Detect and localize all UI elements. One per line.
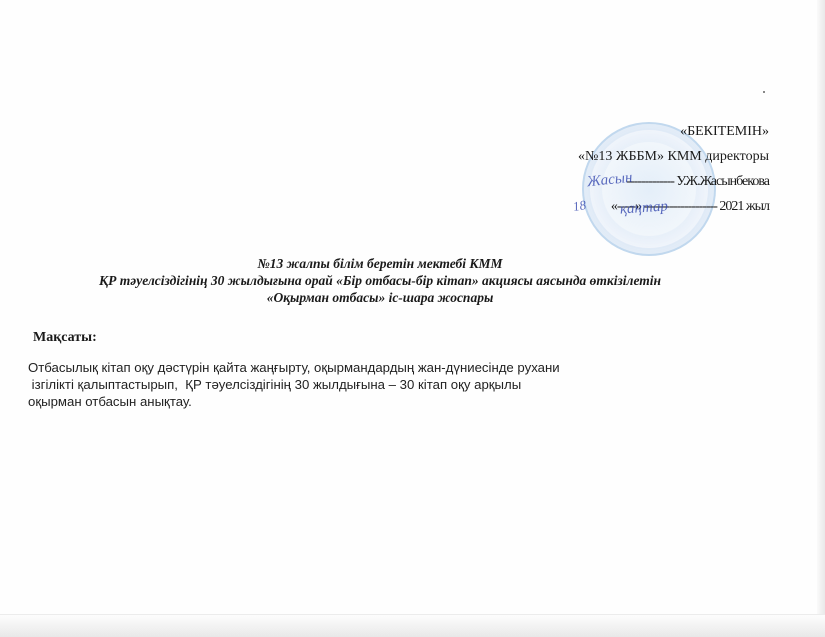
title-line-3: «Оқырман отбасы» іс-шара жоспары — [60, 289, 700, 306]
scan-edge-bottom — [0, 614, 825, 637]
title-line-1: №13 жалпы білім беретін мектебі КММ — [60, 255, 700, 272]
goal-line-3: оқырман отбасын анықтау. — [28, 393, 628, 410]
scan-edge-right — [817, 0, 825, 637]
approval-block: «БЕКІТЕМІН» «№13 ЖББМ» КММ директоры ---… — [489, 119, 769, 219]
document-title: №13 жалпы білім беретін мектебі КММ ҚР т… — [60, 255, 700, 306]
goal-text: Отбасылық кітап оқу дәстүрін қайта жаңғы… — [28, 359, 628, 410]
approval-heading: «БЕКІТЕМІН» — [489, 119, 769, 144]
title-line-2: ҚР тәуелсіздігінің 30 жылдығына орай «Бі… — [60, 272, 700, 289]
date-line: «-----» -------------------- 2021 жыл — [489, 194, 769, 219]
director-position: «№13 ЖББМ» КММ директоры — [489, 144, 769, 169]
goal-line-2: ізгілікті қалыптастырып, ҚР тәуелсіздігі… — [28, 376, 628, 393]
document-page: «БЕКІТЕМІН» «№13 ЖББМ» КММ директоры ---… — [0, 0, 825, 637]
signature-line: ------------- У.Ж.Жасынбекова — [489, 169, 769, 194]
goal-line-1: Отбасылық кітап оқу дәстүрін қайта жаңғы… — [28, 359, 628, 376]
goal-label: Мақсаты: — [33, 330, 97, 346]
scan-speck — [763, 91, 765, 93]
